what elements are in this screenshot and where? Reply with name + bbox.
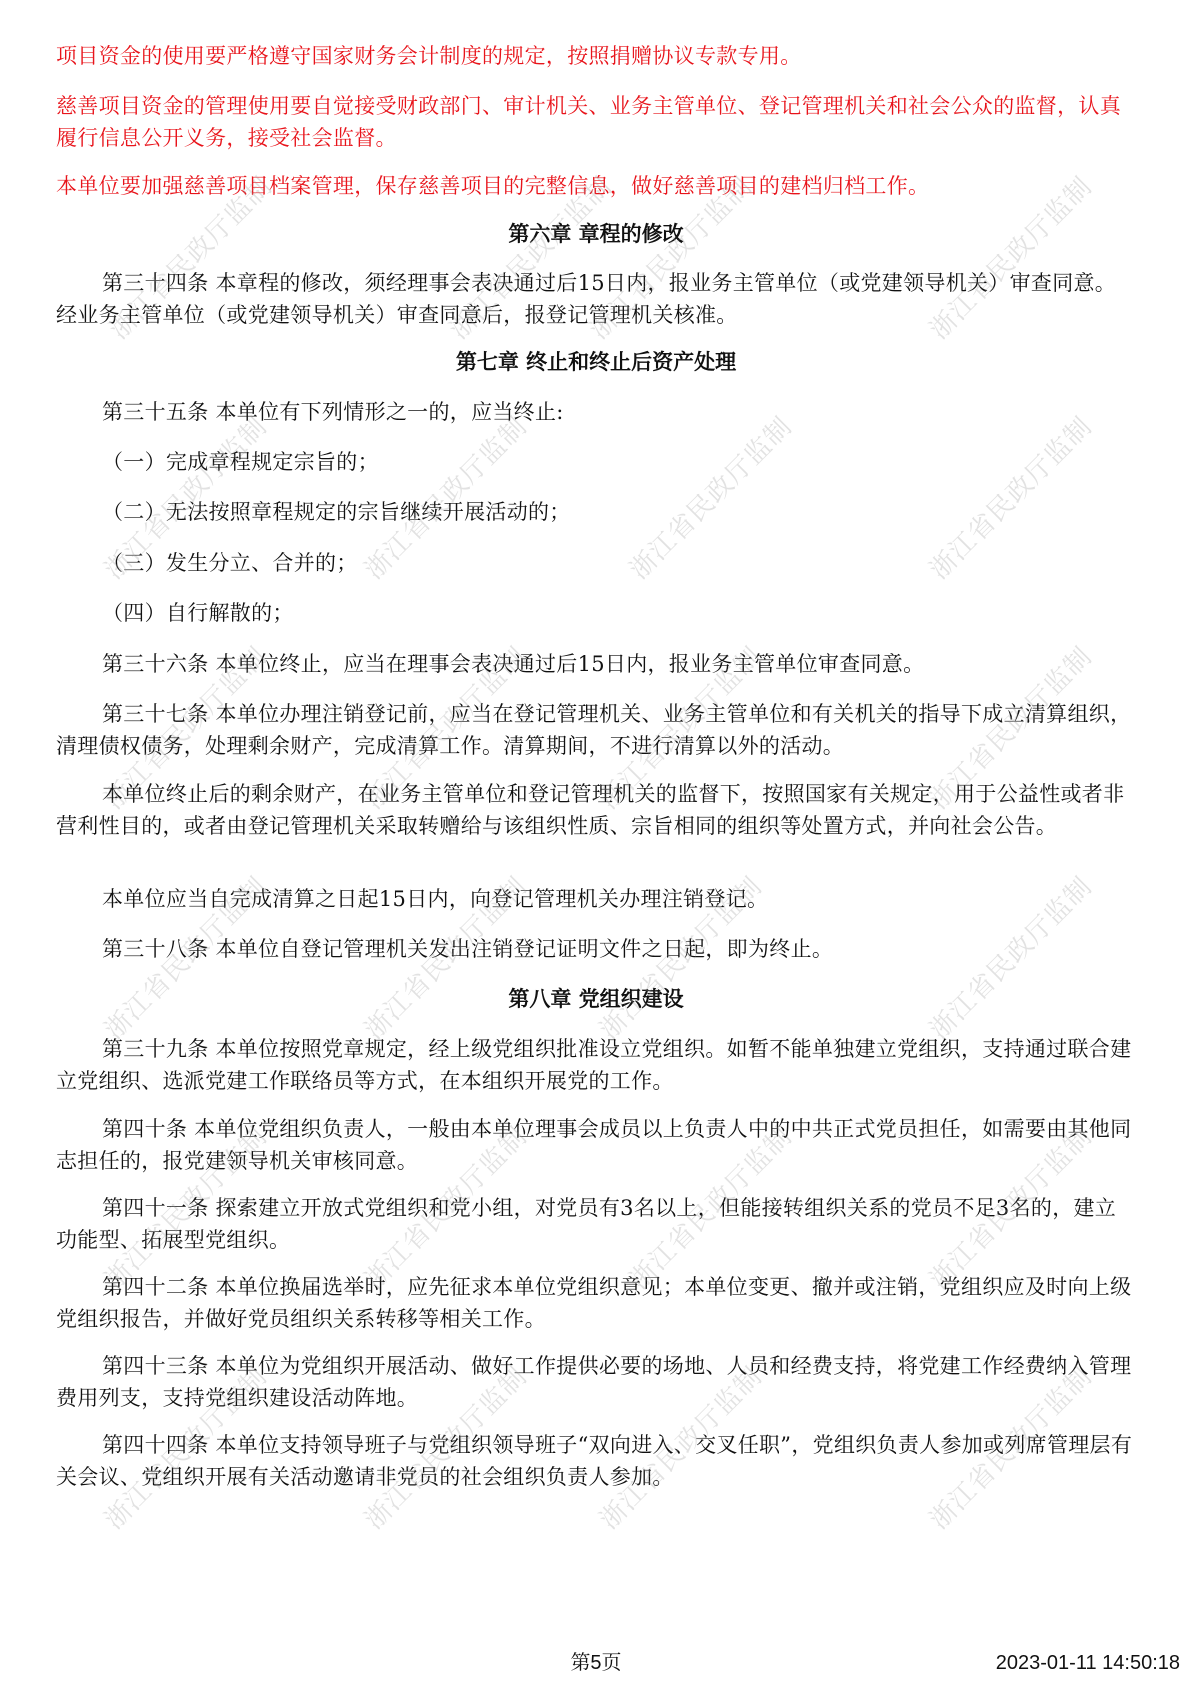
article-36: 第三十六条 本单位终止，应当在理事会表决通过后15日内，报业务主管单位审查同意。 [56, 648, 1136, 680]
article-35-item-3: （三）发生分立、合并的； [102, 547, 1182, 579]
document-page: 项目资金的使用要严格遵守国家财务会计制度的规定，按照捐赠协议专款专用。 慈善项目… [0, 0, 1192, 1684]
paragraph-archive-management: 本单位要加强慈善项目档案管理，保存慈善项目的完整信息，做好慈善项目的建档归档工作… [56, 170, 1136, 202]
article-35-item-1: （一）完成章程规定宗旨的； [102, 446, 1182, 478]
article-35: 第三十五条 本单位有下列情形之一的，应当终止: [56, 396, 1136, 428]
chapter-8-title: 第八章 党组织建设 [0, 983, 1192, 1015]
article-40: 第四十条 本单位党组织负责人，一般由本单位理事会成员以上负责人中的中共正式党员担… [56, 1113, 1136, 1177]
print-timestamp: 2023-01-11 14:50:18 [996, 1650, 1180, 1676]
article-44: 第四十四条 本单位支持领导班子与党组织领导班子“双向进入、交叉任职”，党组织负责… [56, 1429, 1136, 1493]
chapter-6-title: 第六章 章程的修改 [0, 218, 1192, 250]
article-37-remaining-assets: 本单位终止后的剩余财产，在业务主管单位和登记管理机关的监督下，按照国家有关规定，… [56, 778, 1136, 842]
paragraph-fund-usage: 项目资金的使用要严格遵守国家财务会计制度的规定，按照捐赠协议专款专用。 [56, 40, 1136, 72]
article-35-item-4: （四）自行解散的； [102, 597, 1182, 629]
article-42: 第四十二条 本单位换届选举时，应先征求本单位党组织意见；本单位变更、撤并或注销，… [56, 1271, 1136, 1335]
article-37-deregistration: 本单位应当自完成清算之日起15日内，向登记管理机关办理注销登记。 [56, 883, 1136, 915]
article-37: 第三十七条 本单位办理注销登记前，应当在登记管理机关、业务主管单位和有关机关的指… [56, 698, 1136, 762]
paragraph-fund-supervision: 慈善项目资金的管理使用要自觉接受财政部门、审计机关、业务主管单位、登记管理机关和… [56, 90, 1136, 154]
article-35-item-2: （二）无法按照章程规定的宗旨继续开展活动的； [102, 496, 1182, 528]
chapter-7-title: 第七章 终止和终止后资产处理 [0, 346, 1192, 378]
article-38: 第三十八条 本单位自登记管理机关发出注销登记证明文件之日起，即为终止。 [56, 933, 1136, 965]
article-39: 第三十九条 本单位按照党章规定，经上级党组织批准设立党组织。如暂不能单独建立党组… [56, 1033, 1136, 1097]
article-34: 第三十四条 本章程的修改，须经理事会表决通过后15日内，报业务主管单位（或党建领… [56, 267, 1136, 331]
article-43: 第四十三条 本单位为党组织开展活动、做好工作提供必要的场地、人员和经费支持，将党… [56, 1350, 1136, 1414]
article-41: 第四十一条 探索建立开放式党组织和党小组，对党员有3名以上，但能接转组织关系的党… [56, 1192, 1136, 1256]
